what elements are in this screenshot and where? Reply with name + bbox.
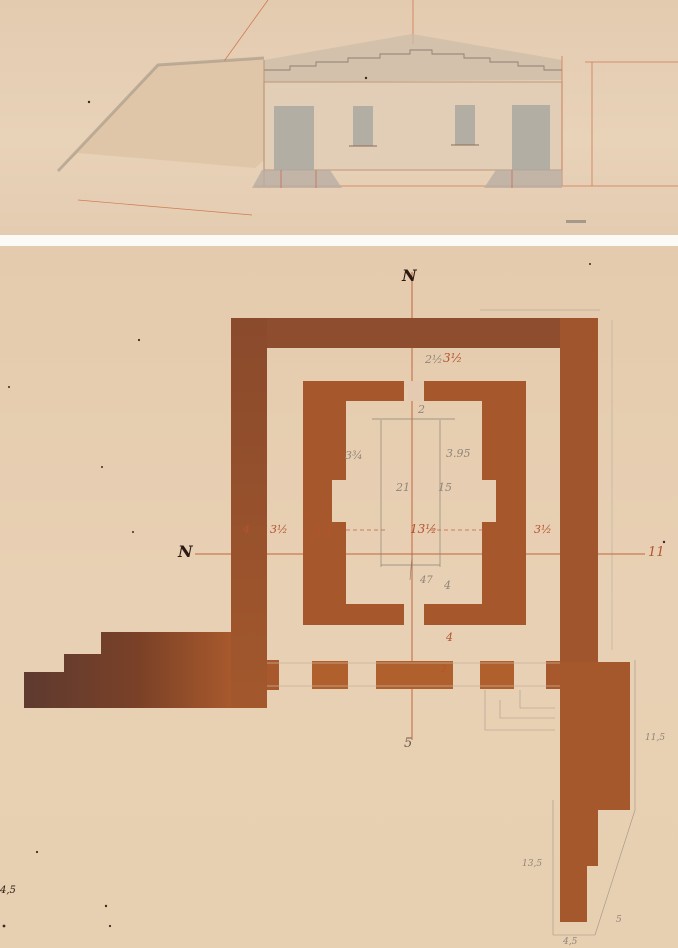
annex-wall bbox=[560, 662, 630, 922]
dim-right-gap: 3½ bbox=[534, 524, 552, 535]
elevation-drawing bbox=[0, 0, 678, 235]
ramp-left bbox=[252, 170, 342, 188]
dim-inner-left-recess: 3¾ bbox=[345, 450, 363, 461]
sheet-separator bbox=[0, 235, 678, 246]
stepped-buttress bbox=[24, 632, 231, 708]
dim-annex-left-lower: 13,5 bbox=[522, 860, 542, 869]
dim-inner-right-recess: 3.95 bbox=[446, 448, 471, 459]
dim-inner-bottom: 4 bbox=[444, 580, 451, 591]
ramp-right bbox=[484, 170, 562, 188]
plan-svg bbox=[0, 246, 678, 948]
dim-left-outer: 4 bbox=[243, 524, 250, 535]
dim-bottom-marker: 2 bbox=[441, 666, 447, 675]
margin-note: 4,5 bbox=[0, 886, 16, 896]
rampart-face bbox=[58, 58, 264, 171]
pier bbox=[546, 661, 560, 689]
dim-entry-depth: 2 bbox=[418, 404, 425, 415]
dim-left-gap: 3½ bbox=[270, 524, 288, 535]
construction-line bbox=[78, 200, 252, 215]
dim-inner-length: 15 bbox=[438, 482, 452, 493]
axis-label-north: N bbox=[402, 268, 417, 284]
outer-wall-top bbox=[231, 318, 598, 348]
dim-inner-width: 13½ bbox=[410, 523, 437, 535]
construction-line bbox=[222, 0, 268, 64]
roof bbox=[264, 34, 562, 82]
plan-drawing: N N 11 5 2½ 3½ 2 3¾ 3.95 21 15 4 3½ 4,5 … bbox=[0, 246, 678, 948]
door-right bbox=[512, 105, 550, 170]
dim-annex-bottom-right: 5 bbox=[616, 916, 622, 925]
window-left bbox=[353, 106, 373, 146]
window-right bbox=[455, 105, 475, 145]
pier bbox=[312, 661, 348, 689]
outer-wall-left bbox=[231, 318, 267, 708]
dim-left-wall: 4,5 bbox=[314, 525, 332, 536]
dim-outer-gap-top: 3½ bbox=[443, 352, 462, 364]
dim-inner-bottom-pencil: 47 bbox=[420, 576, 433, 586]
door-left bbox=[274, 106, 314, 170]
inner-wall-right bbox=[424, 381, 526, 625]
axis-label-south: 5 bbox=[404, 737, 412, 750]
dim-annex-bottom-width: 4,5 bbox=[563, 938, 577, 947]
outer-wall-right bbox=[560, 318, 598, 662]
dim-annex-right-upper: 11,5 bbox=[645, 734, 665, 743]
inner-wall-left bbox=[303, 381, 404, 625]
pier bbox=[480, 661, 514, 689]
pier bbox=[267, 660, 279, 690]
axis-label-east: 11 bbox=[648, 546, 665, 559]
axis-label-west: N bbox=[178, 544, 193, 560]
elevation-svg bbox=[0, 0, 678, 235]
dim-inner-length-pencil: 21 bbox=[396, 482, 410, 493]
dim-bottom-gap: 4 bbox=[446, 632, 453, 643]
dim-outer-gap-top-pencil: 2½ bbox=[425, 354, 443, 365]
